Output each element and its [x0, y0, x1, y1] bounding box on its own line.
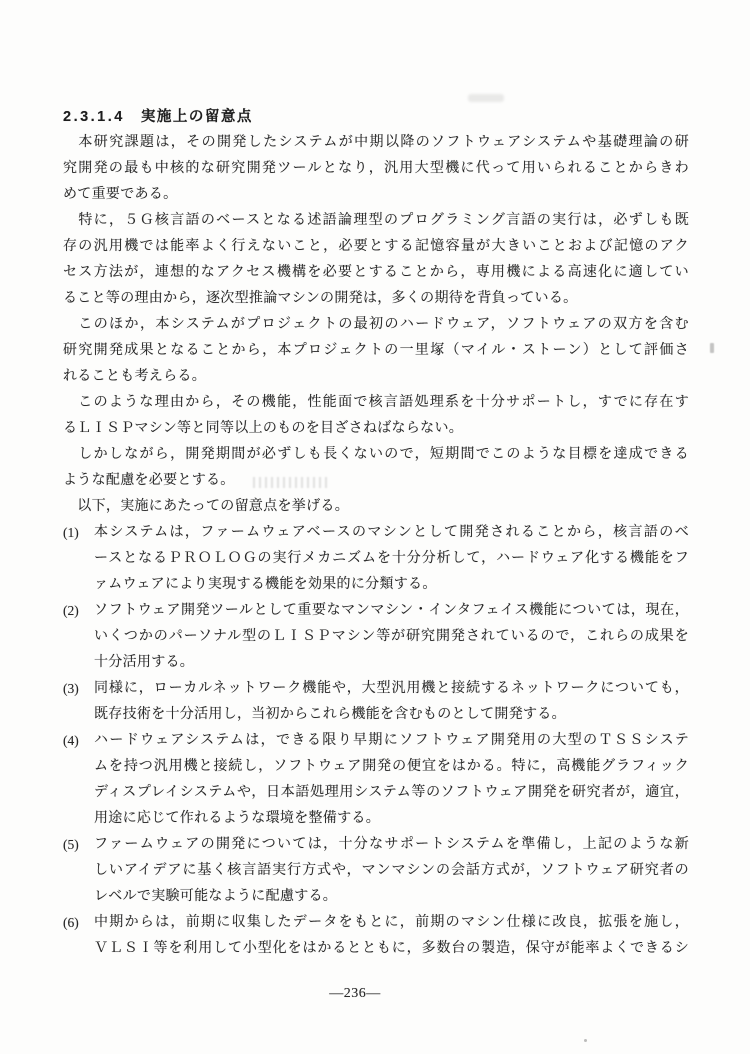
text-line: このような理由から，その機能，性能面で核言語処理系を十分サポートし，すでに存在す [63, 390, 689, 416]
text-line: ースとなるＰＲＯＬＯＧの実行メカニズムを十分分析して，ハードウェア化する機能をフ [94, 546, 689, 572]
paragraph: 以下，実施にあたっての留意点を挙げる。 [63, 494, 689, 520]
paragraph: しかしながら，開発期間が必ずしも長くないので，短期間でこのような目標を達成できる… [63, 442, 689, 494]
text-line: しかしながら，開発期間が必ずしも長くないので，短期間でこのような目標を達成できる [63, 442, 689, 468]
text-line: 中期からは，前期に収集したデータをもとに，前期のマシン仕様に改良，拡張を施し， [94, 910, 689, 936]
scan-artifact [584, 1039, 587, 1042]
text-line: 存の汎用機では能率よく行えないこと，必要とする記憶容量が大きいことおよび記憶のア… [63, 234, 689, 260]
item-marker: (1) [63, 520, 79, 546]
text-line: ソフトウェア開発ツールとして重要なマンマシン・インタフェイス機能については，現在… [94, 598, 689, 624]
paragraph: 特に，５Ｇ核言語のベースとなる述語論理型のプログラミング言語の実行は，必ずしも既… [63, 208, 689, 312]
text-line: ムを持つ汎用機と接続し，ソフトウェア開発の便宜をはかる。特に，高機能グラフィック [94, 754, 689, 780]
text-line: 既存技術を十分活用し，当初からこれら機能を含むものとして開発する。 [94, 702, 689, 728]
text-line: ファームウェアの開発については，十分なサポートシステムを準備し，上記のような新 [94, 832, 689, 858]
text-blocks: 本研究課題は，その開発したシステムが中期以降のソフトウェアシステムや基礎理論の研… [63, 130, 689, 962]
text-line: レベルで実験可能なように配慮する。 [94, 884, 689, 910]
paragraph: このほか，本システムがプロジェクトの最初のハードウェア，ソフトウェアの双方を含む… [63, 312, 689, 390]
text-line: るＬＩＳＰマシン等と同等以上のものを目ざさねばならない。 [63, 416, 689, 442]
item-marker: (4) [63, 728, 79, 754]
text-line: 本研究課題は，その開発したシステムが中期以降のソフトウェアシステムや基礎理論の研 [63, 130, 689, 156]
text-line: 同様に，ローカルネットワーク機能や，大型汎用機と接続するネットワークについても， [94, 676, 689, 702]
text-line: ＶＬＳＩ等を利用して小型化をはかるとともに，多数台の製造，保守が能率よくできるシ [94, 936, 689, 962]
section-title: 実施上の留意点 [141, 109, 253, 125]
section-heading: 2.3.1.4実施上の留意点 [63, 104, 689, 130]
page-number: —236— [0, 986, 710, 1002]
list-item: (4)ハードウェアシステムは，できる限り早期にソフトウェア開発用の大型のＴＳＳシ… [63, 728, 689, 832]
paragraph: このような理由から，その機能，性能面で核言語処理系を十分サポートし，すでに存在す… [63, 390, 689, 442]
section-number: 2.3.1.4 [63, 109, 125, 125]
text-line: めて重要である。 [63, 182, 689, 208]
text-line: 特に，５Ｇ核言語のベースとなる述語論理型のプログラミング言語の実行は，必ずしも既 [63, 208, 689, 234]
text-line: ること等の理由から，逐次型推論マシンの開発は，多くの期待を背負っている。 [63, 286, 689, 312]
text-line: 究開発の最も中核的な研究開発ツールとなり，汎用大型機に代って用いられることからき… [63, 156, 689, 182]
text-line: 以下，実施にあたっての留意点を挙げる。 [63, 494, 689, 520]
text-line: 本システムは，ファームウェアベースのマシンとして開発されることから，核言語のベ [94, 520, 689, 546]
list-item: (3)同様に，ローカルネットワーク機能や，大型汎用機と接続するネットワークについ… [63, 676, 689, 728]
text-line: れることも考えらる。 [63, 364, 689, 390]
scan-artifact [710, 343, 714, 353]
item-marker: (6) [63, 910, 79, 936]
text-line: いくつかのパーソナル型のＬＩＳＰマシン等が研究開発されているので，これらの成果を [94, 624, 689, 650]
text-line: ような配慮を必要とする。 [63, 468, 689, 494]
list-item: (1)本システムは，ファームウェアベースのマシンとして開発されることから，核言語… [63, 520, 689, 598]
text-line: ディスプレイシステムや，日本語処理用システム等のソフトウェア開発を研究者が，適宜… [94, 780, 689, 806]
scanned-document-page: 2.3.1.4実施上の留意点 本研究課題は，その開発したシステムが中期以降のソフ… [0, 0, 750, 1054]
list-item: (5)ファームウェアの開発については，十分なサポートシステムを準備し，上記のよう… [63, 832, 689, 910]
text-line: 研究開発成果となることから，本プロジェクトの一里塚（マイル・ストーン）として評価… [63, 338, 689, 364]
document-body: 2.3.1.4実施上の留意点 本研究課題は，その開発したシステムが中期以降のソフ… [63, 104, 689, 962]
item-marker: (2) [63, 598, 79, 624]
item-marker: (3) [63, 676, 79, 702]
text-line: 十分活用する。 [94, 650, 689, 676]
item-marker: (5) [63, 832, 79, 858]
text-line: このほか，本システムがプロジェクトの最初のハードウェア，ソフトウェアの双方を含む [63, 312, 689, 338]
list-item: (6)中期からは，前期に収集したデータをもとに，前期のマシン仕様に改良，拡張を施… [63, 910, 689, 962]
text-line: ハードウェアシステムは，できる限り早期にソフトウェア開発用の大型のＴＳＳシステ [94, 728, 689, 754]
scan-artifact [468, 94, 504, 102]
text-line: セス方法が，連想的なアクセス機構を必要とすることから，専用機による高速化に適して… [63, 260, 689, 286]
text-line: ァムウェアにより実現する機能を効果的に分類する。 [94, 572, 689, 598]
text-line: しいアイデアに基く核言語実行方式や，マンマシンの会話方式が，ソフトウェア研究者の [94, 858, 689, 884]
text-line: 用途に応じて作れるような環境を整備する。 [94, 806, 689, 832]
list-item: (2)ソフトウェア開発ツールとして重要なマンマシン・インタフェイス機能については… [63, 598, 689, 676]
paragraph: 本研究課題は，その開発したシステムが中期以降のソフトウェアシステムや基礎理論の研… [63, 130, 689, 208]
